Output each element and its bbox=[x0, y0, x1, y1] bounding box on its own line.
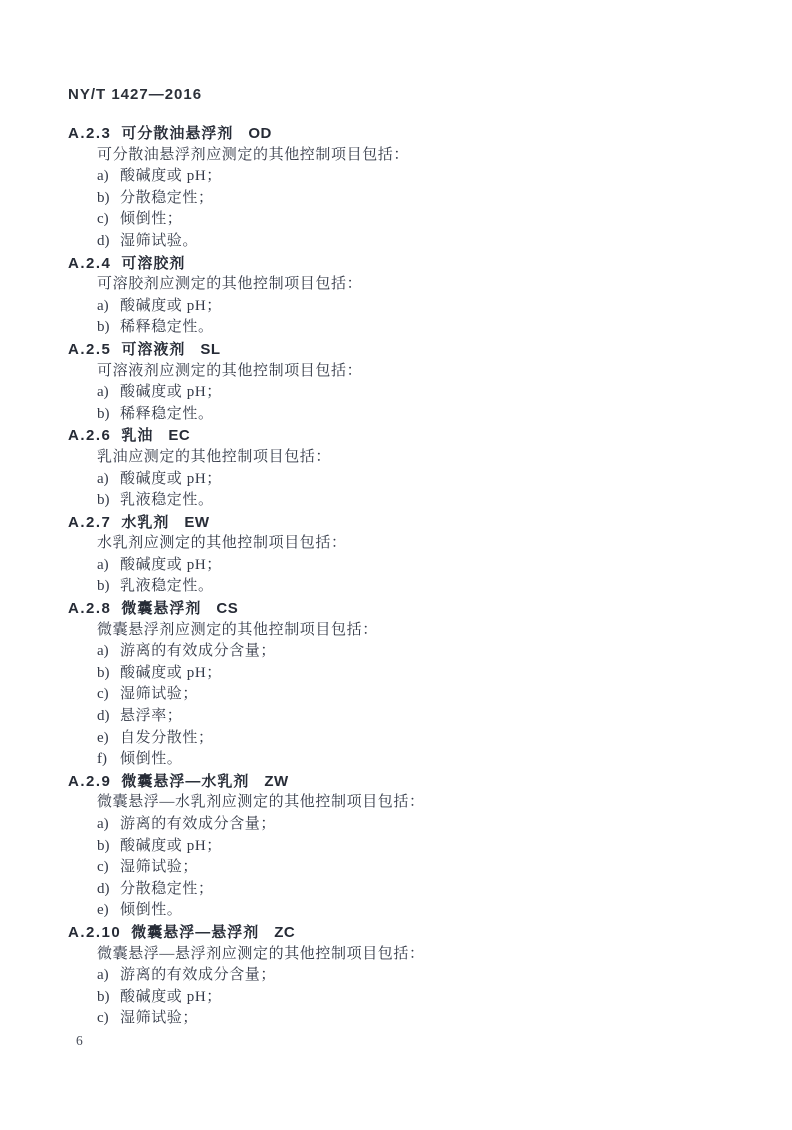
list-item-marker: e) bbox=[97, 900, 120, 922]
list-item-text: 湿筛试验； bbox=[120, 857, 198, 879]
list-item-text: 湿筛试验； bbox=[120, 684, 198, 706]
list-item: b)酸碱度或 pH； bbox=[68, 987, 744, 1009]
list-item: a)游离的有效成分含量； bbox=[68, 641, 744, 663]
list-item: b)分散稳定性； bbox=[68, 188, 744, 210]
section-title: 可溶胶剂 bbox=[121, 255, 185, 272]
item-list: a)酸碱度或 pH；b)分散稳定性；c)倾倒性；d)湿筛试验。 bbox=[68, 166, 744, 252]
list-item-text: 分散稳定性； bbox=[120, 879, 214, 901]
list-item: c)湿筛试验； bbox=[68, 857, 744, 879]
list-item-marker: b) bbox=[97, 490, 120, 512]
list-item: b)乳液稳定性。 bbox=[68, 576, 744, 598]
section-number: A.2.3 bbox=[68, 125, 111, 142]
list-item-text: 酸碱度或 pH； bbox=[120, 382, 222, 404]
section-heading: A.2.5可溶液剂SL bbox=[68, 339, 744, 361]
section-intro: 可溶胶剂应测定的其他控制项目包括： bbox=[68, 274, 744, 296]
list-item-text: 稀释稳定性。 bbox=[120, 317, 214, 339]
list-item-marker: d) bbox=[97, 231, 120, 253]
list-item-marker: a) bbox=[97, 555, 120, 577]
section: A.2.3可分散油悬浮剂OD可分散油悬浮剂应测定的其他控制项目包括：a)酸碱度或… bbox=[68, 123, 744, 253]
list-item-marker: d) bbox=[97, 706, 120, 728]
list-item-text: 稀释稳定性。 bbox=[120, 404, 214, 426]
list-item-text: 自发分散性； bbox=[120, 728, 214, 750]
section-title: 微囊悬浮—悬浮剂 bbox=[131, 924, 259, 941]
list-item-text: 游离的有效成分含量； bbox=[120, 965, 276, 987]
item-list: a)游离的有效成分含量；b)酸碱度或 pH；c)湿筛试验；d)分散稳定性；e)倾… bbox=[68, 814, 744, 922]
list-item-text: 游离的有效成分含量； bbox=[120, 814, 276, 836]
list-item: c)湿筛试验； bbox=[68, 1008, 744, 1030]
list-item: b)酸碱度或 pH； bbox=[68, 836, 744, 858]
list-item-marker: b) bbox=[97, 987, 120, 1009]
list-item: d)湿筛试验。 bbox=[68, 231, 744, 253]
list-item-marker: e) bbox=[97, 728, 120, 750]
section-heading: A.2.7水乳剂EW bbox=[68, 512, 744, 534]
list-item-text: 酸碱度或 pH； bbox=[120, 555, 222, 577]
section: A.2.9微囊悬浮—水乳剂ZW微囊悬浮—水乳剂应测定的其他控制项目包括：a)游离… bbox=[68, 771, 744, 922]
list-item-marker: b) bbox=[97, 317, 120, 339]
list-item-text: 倾倒性。 bbox=[120, 749, 182, 771]
list-item: b)乳液稳定性。 bbox=[68, 490, 744, 512]
section-code: OD bbox=[248, 125, 272, 142]
list-item-text: 酸碱度或 pH； bbox=[120, 469, 222, 491]
section-code: EW bbox=[184, 514, 209, 531]
section-intro: 乳油应测定的其他控制项目包括： bbox=[68, 447, 744, 469]
list-item-marker: a) bbox=[97, 965, 120, 987]
list-item: f)倾倒性。 bbox=[68, 749, 744, 771]
item-list: a)酸碱度或 pH；b)稀释稳定性。 bbox=[68, 296, 744, 339]
section-heading: A.2.4可溶胶剂 bbox=[68, 253, 744, 275]
list-item-text: 湿筛试验； bbox=[120, 1008, 198, 1030]
section-intro: 微囊悬浮—悬浮剂应测定的其他控制项目包括： bbox=[68, 944, 744, 966]
list-item-marker: a) bbox=[97, 641, 120, 663]
item-list: a)酸碱度或 pH；b)乳液稳定性。 bbox=[68, 555, 744, 598]
section: A.2.4可溶胶剂可溶胶剂应测定的其他控制项目包括：a)酸碱度或 pH；b)稀释… bbox=[68, 253, 744, 339]
section-number: A.2.5 bbox=[68, 341, 111, 358]
list-item-marker: f) bbox=[97, 749, 120, 771]
list-item-marker: b) bbox=[97, 404, 120, 426]
document-page: NY/T 1427—2016 A.2.3可分散油悬浮剂OD可分散油悬浮剂应测定的… bbox=[0, 0, 792, 1130]
section-title: 可分散油悬浮剂 bbox=[121, 125, 233, 142]
list-item-text: 倾倒性。 bbox=[120, 900, 182, 922]
list-item-text: 酸碱度或 pH； bbox=[120, 663, 222, 685]
section-title: 水乳剂 bbox=[121, 514, 169, 531]
list-item-marker: b) bbox=[97, 576, 120, 598]
list-item: a)游离的有效成分含量； bbox=[68, 814, 744, 836]
section-number: A.2.10 bbox=[68, 924, 121, 941]
list-item: a)酸碱度或 pH； bbox=[68, 382, 744, 404]
section-heading: A.2.10微囊悬浮—悬浮剂ZC bbox=[68, 922, 744, 944]
section-number: A.2.9 bbox=[68, 773, 111, 790]
list-item-marker: a) bbox=[97, 296, 120, 318]
list-item-text: 酸碱度或 pH； bbox=[120, 987, 222, 1009]
list-item: e)自发分散性； bbox=[68, 728, 744, 750]
list-item: d)悬浮率； bbox=[68, 706, 744, 728]
list-item: a)酸碱度或 pH； bbox=[68, 469, 744, 491]
list-item-text: 乳液稳定性。 bbox=[120, 576, 214, 598]
list-item-text: 酸碱度或 pH； bbox=[120, 166, 222, 188]
section-code: ZC bbox=[274, 924, 295, 941]
list-item-marker: c) bbox=[97, 857, 120, 879]
list-item-marker: d) bbox=[97, 879, 120, 901]
section-intro: 微囊悬浮剂应测定的其他控制项目包括： bbox=[68, 620, 744, 642]
section: A.2.6乳油EC乳油应测定的其他控制项目包括：a)酸碱度或 pH；b)乳液稳定… bbox=[68, 425, 744, 511]
list-item-marker: a) bbox=[97, 814, 120, 836]
list-item: c)倾倒性； bbox=[68, 209, 744, 231]
section-heading: A.2.6乳油EC bbox=[68, 425, 744, 447]
list-item-text: 酸碱度或 pH； bbox=[120, 296, 222, 318]
list-item: a)酸碱度或 pH； bbox=[68, 296, 744, 318]
section: A.2.5可溶液剂SL可溶液剂应测定的其他控制项目包括：a)酸碱度或 pH；b)… bbox=[68, 339, 744, 425]
section: A.2.10微囊悬浮—悬浮剂ZC微囊悬浮—悬浮剂应测定的其他控制项目包括：a)游… bbox=[68, 922, 744, 1030]
sections: A.2.3可分散油悬浮剂OD可分散油悬浮剂应测定的其他控制项目包括：a)酸碱度或… bbox=[68, 123, 744, 1030]
list-item-text: 悬浮率； bbox=[120, 706, 182, 728]
section-code: CS bbox=[216, 600, 238, 617]
list-item-marker: b) bbox=[97, 663, 120, 685]
list-item-text: 倾倒性； bbox=[120, 209, 182, 231]
section-intro: 可分散油悬浮剂应测定的其他控制项目包括： bbox=[68, 145, 744, 167]
section-code: EC bbox=[168, 427, 190, 444]
section: A.2.8微囊悬浮剂CS微囊悬浮剂应测定的其他控制项目包括：a)游离的有效成分含… bbox=[68, 598, 744, 771]
section-title: 微囊悬浮剂 bbox=[121, 600, 201, 617]
list-item: c)湿筛试验； bbox=[68, 684, 744, 706]
list-item: b)稀释稳定性。 bbox=[68, 404, 744, 426]
list-item-marker: a) bbox=[97, 469, 120, 491]
list-item-marker: c) bbox=[97, 684, 120, 706]
item-list: a)游离的有效成分含量；b)酸碱度或 pH；c)湿筛试验； bbox=[68, 965, 744, 1030]
list-item: a)游离的有效成分含量； bbox=[68, 965, 744, 987]
section: A.2.7水乳剂EW水乳剂应测定的其他控制项目包括：a)酸碱度或 pH；b)乳液… bbox=[68, 512, 744, 598]
section-number: A.2.8 bbox=[68, 600, 111, 617]
list-item: d)分散稳定性； bbox=[68, 879, 744, 901]
list-item: b)酸碱度或 pH； bbox=[68, 663, 744, 685]
list-item-text: 酸碱度或 pH； bbox=[120, 836, 222, 858]
list-item: a)酸碱度或 pH； bbox=[68, 555, 744, 577]
page-number: 6 bbox=[76, 1033, 83, 1049]
item-list: a)游离的有效成分含量；b)酸碱度或 pH；c)湿筛试验；d)悬浮率；e)自发分… bbox=[68, 641, 744, 771]
section-number: A.2.7 bbox=[68, 514, 111, 531]
list-item-text: 分散稳定性； bbox=[120, 188, 214, 210]
list-item-marker: a) bbox=[97, 382, 120, 404]
list-item: b)稀释稳定性。 bbox=[68, 317, 744, 339]
section-intro: 微囊悬浮—水乳剂应测定的其他控制项目包括： bbox=[68, 792, 744, 814]
list-item-marker: b) bbox=[97, 188, 120, 210]
list-item-marker: b) bbox=[97, 836, 120, 858]
section-code: ZW bbox=[264, 773, 288, 790]
section-intro: 水乳剂应测定的其他控制项目包括： bbox=[68, 533, 744, 555]
section-title: 可溶液剂 bbox=[121, 341, 185, 358]
section-heading: A.2.3可分散油悬浮剂OD bbox=[68, 123, 744, 145]
list-item: a)酸碱度或 pH； bbox=[68, 166, 744, 188]
item-list: a)酸碱度或 pH；b)乳液稳定性。 bbox=[68, 469, 744, 512]
section-title: 乳油 bbox=[121, 427, 153, 444]
list-item-text: 游离的有效成分含量； bbox=[120, 641, 276, 663]
standard-number-header: NY/T 1427—2016 bbox=[68, 86, 202, 103]
list-item-marker: a) bbox=[97, 166, 120, 188]
list-item-text: 湿筛试验。 bbox=[120, 231, 198, 253]
list-item: e)倾倒性。 bbox=[68, 900, 744, 922]
list-item-marker: c) bbox=[97, 209, 120, 231]
section-intro: 可溶液剂应测定的其他控制项目包括： bbox=[68, 361, 744, 383]
section-heading: A.2.8微囊悬浮剂CS bbox=[68, 598, 744, 620]
section-code: SL bbox=[200, 341, 220, 358]
item-list: a)酸碱度或 pH；b)稀释稳定性。 bbox=[68, 382, 744, 425]
section-heading: A.2.9微囊悬浮—水乳剂ZW bbox=[68, 771, 744, 793]
list-item-text: 乳液稳定性。 bbox=[120, 490, 214, 512]
section-number: A.2.6 bbox=[68, 427, 111, 444]
section-title: 微囊悬浮—水乳剂 bbox=[121, 773, 249, 790]
section-number: A.2.4 bbox=[68, 255, 111, 272]
list-item-marker: c) bbox=[97, 1008, 120, 1030]
